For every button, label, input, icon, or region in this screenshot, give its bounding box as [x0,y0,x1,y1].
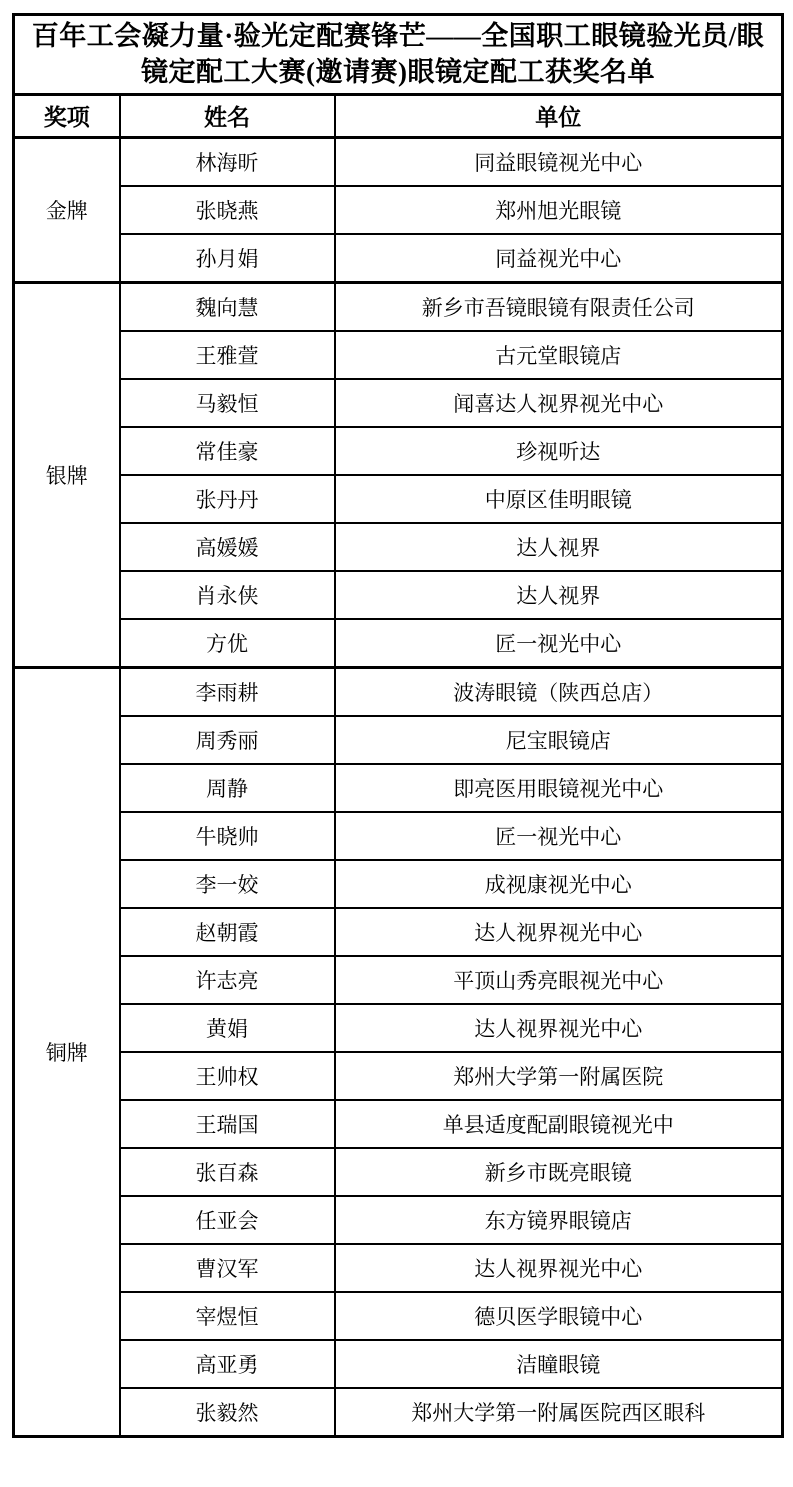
winner-name-cell: 曹汉军 [120,1244,335,1292]
winner-unit-cell: 达人视界视光中心 [335,908,783,956]
table-row: 王瑞国单县适度配副眼镜视光中 [14,1100,783,1148]
table-row: 牛晓帅匠一视光中心 [14,812,783,860]
table-row: 周秀丽尼宝眼镜店 [14,716,783,764]
winner-name-cell: 周秀丽 [120,716,335,764]
winner-unit-cell: 达人视界视光中心 [335,1004,783,1052]
winner-unit-cell: 波涛眼镜（陕西总店） [335,667,783,716]
winner-name-cell: 王雅萱 [120,331,335,379]
winner-name-cell: 高媛媛 [120,523,335,571]
table-row: 宰煜恒德贝医学眼镜中心 [14,1292,783,1340]
winner-unit-cell: 新乡市既亮眼镜 [335,1148,783,1196]
table-row: 高亚勇洁瞳眼镜 [14,1340,783,1388]
winner-name-cell: 任亚会 [120,1196,335,1244]
winner-unit-cell: 即亮医用眼镜视光中心 [335,764,783,812]
winner-name-cell: 王瑞国 [120,1100,335,1148]
winner-unit-cell: 郑州大学第一附属医院西区眼科 [335,1388,783,1437]
winner-unit-cell: 同益眼镜视光中心 [335,137,783,186]
table-row: 赵朝霞达人视界视光中心 [14,908,783,956]
award-group-cell: 铜牌 [14,667,120,1436]
col-header-name: 姓名 [120,94,335,137]
winner-unit-cell: 古元堂眼镜店 [335,331,783,379]
award-group-cell: 银牌 [14,282,120,667]
winner-unit-cell: 成视康视光中心 [335,860,783,908]
winner-unit-cell: 洁瞳眼镜 [335,1340,783,1388]
winner-unit-cell: 匠一视光中心 [335,812,783,860]
winner-unit-cell: 德贝医学眼镜中心 [335,1292,783,1340]
winner-unit-cell: 匠一视光中心 [335,619,783,668]
table-row: 王雅萱古元堂眼镜店 [14,331,783,379]
winner-name-cell: 黄娟 [120,1004,335,1052]
winner-unit-cell: 闻喜达人视界视光中心 [335,379,783,427]
winner-name-cell: 林海昕 [120,137,335,186]
table-row: 李一姣成视康视光中心 [14,860,783,908]
awards-table-body: 金牌林海昕同益眼镜视光中心张晓燕郑州旭光眼镜孙月娟同益视光中心银牌魏向慧新乡市吾… [14,137,783,1436]
table-row: 银牌魏向慧新乡市吾镜眼镜有限责任公司 [14,282,783,331]
col-header-award: 奖项 [14,94,120,137]
winner-name-cell: 方优 [120,619,335,668]
winner-name-cell: 李雨耕 [120,667,335,716]
table-row: 周静即亮医用眼镜视光中心 [14,764,783,812]
winner-name-cell: 马毅恒 [120,379,335,427]
winner-name-cell: 张百森 [120,1148,335,1196]
table-row: 张毅然郑州大学第一附属医院西区眼科 [14,1388,783,1437]
winner-unit-cell: 达人视界 [335,571,783,619]
winner-unit-cell: 中原区佳明眼镜 [335,475,783,523]
winner-unit-cell: 同益视光中心 [335,234,783,283]
winner-unit-cell: 郑州大学第一附属医院 [335,1052,783,1100]
winner-name-cell: 常佳豪 [120,427,335,475]
winner-unit-cell: 尼宝眼镜店 [335,716,783,764]
winner-name-cell: 张毅然 [120,1388,335,1437]
winner-unit-cell: 郑州旭光眼镜 [335,186,783,234]
table-row: 张丹丹中原区佳明眼镜 [14,475,783,523]
winner-unit-cell: 东方镜界眼镜店 [335,1196,783,1244]
winner-name-cell: 魏向慧 [120,282,335,331]
winner-unit-cell: 平顶山秀亮眼视光中心 [335,956,783,1004]
winner-unit-cell: 达人视界视光中心 [335,1244,783,1292]
table-row: 曹汉军达人视界视光中心 [14,1244,783,1292]
winner-name-cell: 李一姣 [120,860,335,908]
winner-name-cell: 王帅权 [120,1052,335,1100]
winner-name-cell: 赵朝霞 [120,908,335,956]
award-group-cell: 金牌 [14,137,120,282]
winner-name-cell: 张晓燕 [120,186,335,234]
table-row: 张晓燕郑州旭光眼镜 [14,186,783,234]
col-header-unit: 单位 [335,94,783,137]
table-title: 百年工会凝力量·验光定配赛锋芒——全国职工眼镜验光员/眼镜定配工大赛(邀请赛)眼… [14,15,783,95]
header-row: 奖项 姓名 单位 [14,94,783,137]
winner-unit-cell: 珍视听达 [335,427,783,475]
table-row: 张百森新乡市既亮眼镜 [14,1148,783,1196]
table-row: 方优匠一视光中心 [14,619,783,668]
winner-name-cell: 宰煜恒 [120,1292,335,1340]
winner-name-cell: 周静 [120,764,335,812]
winner-unit-cell: 新乡市吾镜眼镜有限责任公司 [335,282,783,331]
table-row: 孙月娟同益视光中心 [14,234,783,283]
table-row: 任亚会东方镜界眼镜店 [14,1196,783,1244]
winner-name-cell: 孙月娟 [120,234,335,283]
table-row: 金牌林海昕同益眼镜视光中心 [14,137,783,186]
table-row: 肖永侠达人视界 [14,571,783,619]
winner-name-cell: 高亚勇 [120,1340,335,1388]
table-row: 铜牌李雨耕波涛眼镜（陕西总店） [14,667,783,716]
awards-table: 百年工会凝力量·验光定配赛锋芒——全国职工眼镜验光员/眼镜定配工大赛(邀请赛)眼… [12,13,784,1438]
title-row: 百年工会凝力量·验光定配赛锋芒——全国职工眼镜验光员/眼镜定配工大赛(邀请赛)眼… [14,15,783,95]
winner-name-cell: 张丹丹 [120,475,335,523]
table-row: 高媛媛达人视界 [14,523,783,571]
table-row: 许志亮平顶山秀亮眼视光中心 [14,956,783,1004]
document-page: 百年工会凝力量·验光定配赛锋芒——全国职工眼镜验光员/眼镜定配工大赛(邀请赛)眼… [0,0,793,1451]
table-row: 王帅权郑州大学第一附属医院 [14,1052,783,1100]
winner-name-cell: 许志亮 [120,956,335,1004]
winner-name-cell: 牛晓帅 [120,812,335,860]
winner-unit-cell: 单县适度配副眼镜视光中 [335,1100,783,1148]
winner-unit-cell: 达人视界 [335,523,783,571]
table-row: 常佳豪珍视听达 [14,427,783,475]
table-row: 黄娟达人视界视光中心 [14,1004,783,1052]
table-row: 马毅恒闻喜达人视界视光中心 [14,379,783,427]
winner-name-cell: 肖永侠 [120,571,335,619]
